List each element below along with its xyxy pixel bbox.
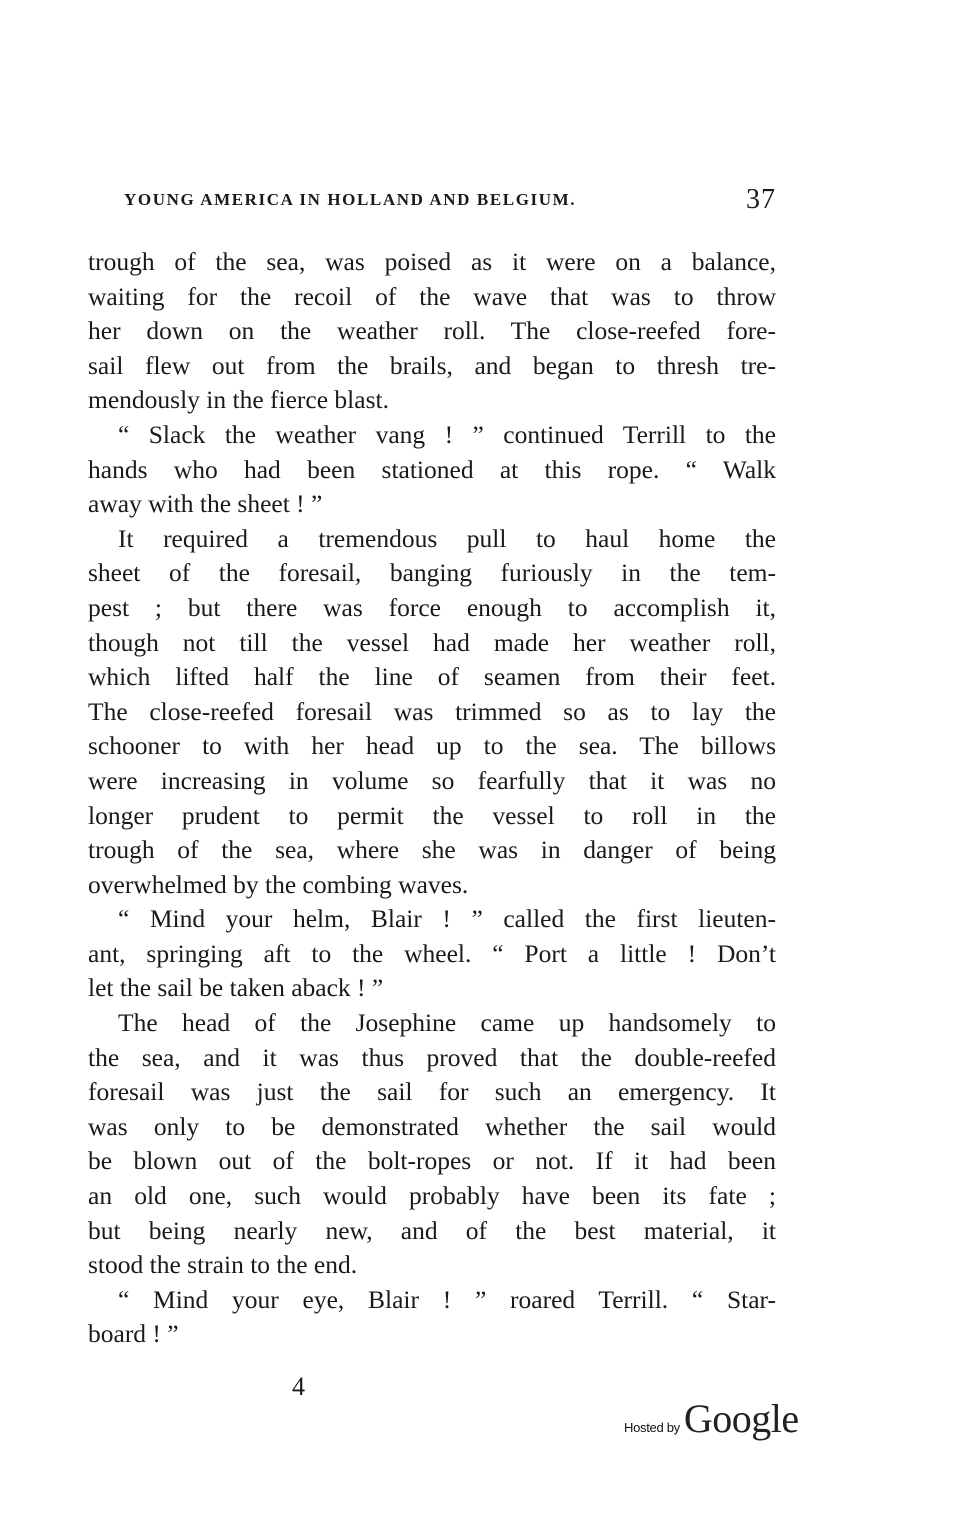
page-number: 37 <box>746 184 776 216</box>
signature-mark: 4 <box>292 1372 305 1402</box>
text-line: which lifted half the line of seamen fro… <box>88 660 776 695</box>
text-line: The head of the Josephine came up handso… <box>88 1006 776 1041</box>
text-line: “ Mind your eye, Blair ! ” roared Terril… <box>88 1283 776 1318</box>
running-head: YOUNG AMERICA IN HOLLAND AND BELGIUM. 37 <box>124 186 776 216</box>
text-line: mendously in the fierce blast. <box>88 383 776 418</box>
text-line: sail flew out from the brails, and began… <box>88 349 776 384</box>
text-line: waiting for the recoil of the wave that … <box>88 280 776 315</box>
text-line: longer prudent to permit the vessel to r… <box>88 799 776 834</box>
text-line: “ Mind your helm, Blair ! ” called the f… <box>88 902 776 937</box>
text-line: be blown out of the bolt-ropes or not. I… <box>88 1144 776 1179</box>
text-line: The close-reefed foresail was trimmed so… <box>88 695 776 730</box>
text-line: were increasing in volume so fearfully t… <box>88 764 776 799</box>
text-line: her down on the weather roll. The close-… <box>88 314 776 349</box>
text-line: trough of the sea, was poised as it were… <box>88 245 776 280</box>
hosted-by-label: Hosted by <box>624 1420 680 1435</box>
text-line: though not till the vessel had made her … <box>88 626 776 661</box>
text-line: board ! ” <box>88 1317 776 1352</box>
text-line: an old one, such would probably have bee… <box>88 1179 776 1214</box>
book-page: YOUNG AMERICA IN HOLLAND AND BELGIUM. 37… <box>0 0 973 1513</box>
text-line: away with the sheet ! ” <box>88 487 776 522</box>
text-line: schooner to with her head up to the sea.… <box>88 729 776 764</box>
text-line: but being nearly new, and of the best ma… <box>88 1214 776 1249</box>
text-line: let the sail be taken aback ! ” <box>88 971 776 1006</box>
text-line: was only to be demonstrated whether the … <box>88 1110 776 1145</box>
google-logo: Google <box>684 1396 799 1441</box>
text-line: trough of the sea, where she was in dang… <box>88 833 776 868</box>
hosted-by-google-watermark: Hosted by Google <box>624 1395 799 1439</box>
body-text: trough of the sea, was poised as it were… <box>88 245 776 1352</box>
text-line: “ Slack the weather vang ! ” continued T… <box>88 418 776 453</box>
text-line: It required a tremendous pull to haul ho… <box>88 522 776 557</box>
text-line: overwhelmed by the combing waves. <box>88 868 776 903</box>
running-title: YOUNG AMERICA IN HOLLAND AND BELGIUM. <box>124 190 576 210</box>
text-line: pest ; but there was force enough to acc… <box>88 591 776 626</box>
text-line: stood the strain to the end. <box>88 1248 776 1283</box>
text-line: foresail was just the sail for such an e… <box>88 1075 776 1110</box>
text-line: hands who had been stationed at this rop… <box>88 453 776 488</box>
text-line: the sea, and it was thus proved that the… <box>88 1041 776 1076</box>
text-line: ant, springing aft to the wheel. “ Port … <box>88 937 776 972</box>
text-line: sheet of the foresail, banging furiously… <box>88 556 776 591</box>
